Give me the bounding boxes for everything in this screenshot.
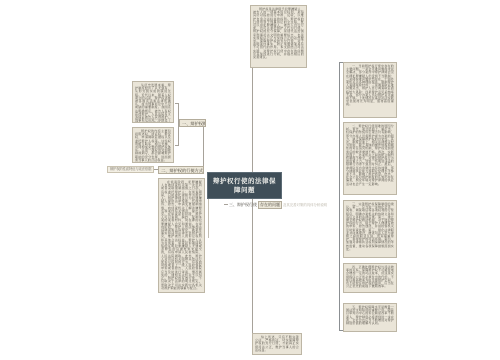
section-one-label: 一、辩护权概述 bbox=[179, 119, 206, 127]
note-card-right-2: 二、辩护权行使困难的原因分析。首先，观念层面上，重打击、轻保护的传统诉讼观念仍有… bbox=[343, 122, 397, 195]
document-title-node: 辩护权行使的法律保障问题 bbox=[207, 172, 282, 199]
note-text: 辩护权是法律赋予犯罪嫌疑人、被告人的一项基本诉讼权利，是指其针对指控进行申辩、反… bbox=[253, 8, 304, 59]
note-text: 辩护权的内容主要包括陈述权、质证权、辩论权、申请调取证据权以及委托辩护人权等。这… bbox=[135, 130, 171, 162]
note-card-right-3: 三、完善辩护权保障制度的建议。第一，应当进一步细化会见、阅卷、调查取证等各项权利… bbox=[343, 200, 397, 258]
intro-strip: 辩护权的性质特征与宪法依据 bbox=[107, 166, 154, 173]
section-three-row: 三、辩护权行使 存在的问题 及其完善对策的具体分析说明 bbox=[224, 200, 327, 209]
section-three-label: 存在的问题 bbox=[258, 201, 282, 209]
note-card-right-5: 五、辩护权保障水平是衡量一国法治文明程度的重要尺度。随着以审判为中心的诉讼制度改… bbox=[343, 303, 397, 332]
section-two-label: 二、辩护权的行使方式 bbox=[158, 166, 204, 174]
note-text: 在侦查阶段，犯罪嫌疑人自被侦查机关第一次讯问或者采取强制措施之日起，有权委托辩护… bbox=[161, 181, 202, 290]
note-card-left-2: 辩护权的内容主要包括陈述权、质证权、辩论权、申请调取证据权以及委托辩护人权等。这… bbox=[132, 127, 174, 163]
note-card-top: 辩护权是法律赋予犯罪嫌疑人、被告人的一项基本诉讼权利，是指其针对指控进行申辩、反… bbox=[250, 5, 307, 68]
note-text: 综上所述，只有不断完善立法、严格执法，切实保障辩护权的充分行使，才能真正实现司法… bbox=[255, 336, 299, 352]
note-text: 二、辩护权行使困难的原因分析。首先，观念层面上，重打击、轻保护的传统诉讼观念仍有… bbox=[346, 125, 394, 186]
note-card-left-1: 从历史发展来看，辩护制度经历了从无到有、从形式到实质的演进过程。近代以来，随着人… bbox=[132, 81, 174, 123]
dash-connector bbox=[224, 204, 228, 205]
note-card-right-4: 四、正确处理辩护权与司法效率的关系。保障辩护权不可避免地会增加一定的司法成本，但… bbox=[343, 263, 397, 293]
document-preview-page: 辩护权是法律赋予犯罪嫌疑人、被告人的一项基本诉讼权利，是指其针对指控进行申辩、反… bbox=[0, 0, 500, 360]
note-text: 从历史发展来看，辩护制度经历了从无到有、从形式到实质的演进过程。近代以来，随着人… bbox=[135, 84, 171, 123]
section-three-prefix: 三、辩护权行使 bbox=[229, 202, 257, 208]
note-text: 一、当前辩护权行使中存在的主要问题。一是会见难问题尚未完全解决，部分案件中辩护律… bbox=[346, 65, 394, 107]
section-three-suffix: 及其完善对策的具体分析说明 bbox=[283, 202, 327, 207]
connector-bottom-vertical bbox=[252, 199, 253, 333]
connector-top-vertical bbox=[252, 68, 253, 172]
document-title: 辩护权行使的法律保障问题 bbox=[213, 177, 276, 195]
note-card-tall: 在侦查阶段，犯罪嫌疑人自被侦查机关第一次讯问或者采取强制措施之日起，有权委托辩护… bbox=[158, 178, 205, 293]
note-card-bottom: 综上所述，只有不断完善立法、严格执法，切实保障辩护权的充分行使，才能真正实现司法… bbox=[252, 333, 302, 355]
note-text: 三、完善辩护权保障制度的建议。第一，应当进一步细化会见、阅卷、调查取证等各项权利… bbox=[346, 203, 394, 251]
note-text: 四、正确处理辩护权与司法效率的关系。保障辩护权不可避免地会增加一定的司法成本，但… bbox=[346, 266, 394, 288]
note-card-right-1: 一、当前辩护权行使中存在的主要问题。一是会见难问题尚未完全解决，部分案件中辩护律… bbox=[343, 62, 397, 118]
note-text: 五、辩护权保障水平是衡量一国法治文明程度的重要尺度。随着以审判为中心的诉讼制度改… bbox=[346, 306, 394, 325]
